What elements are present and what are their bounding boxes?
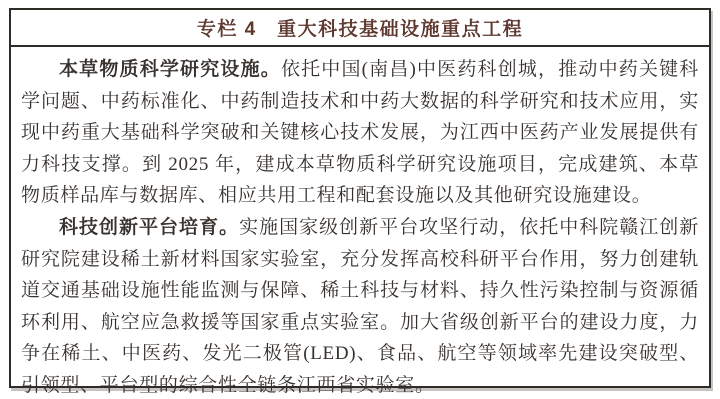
paragraph-lead: 科技创新平台培育。 (59, 217, 239, 238)
column-box: 专栏 4 重大科技基础设施重点工程 本草物质科学研究设施。依托中国(南昌)中医药… (9, 8, 711, 388)
paragraph-lead: 本草物质科学研究设施。 (59, 59, 281, 80)
paragraph-text: 依托中国(南昌)中医药科创城，推动中药关键科学问题、中药标准化、中药制造技术和中… (21, 59, 699, 206)
paragraph-text: 实施国家级创新平台攻坚行动，依托中科院赣江创新研究院建设稀土新材料国家实验室，充… (21, 217, 699, 396)
column-box-body: 本草物质科学研究设施。依托中国(南昌)中医药科创城，推动中药关键科学问题、中药标… (11, 47, 709, 399)
column-box-title: 专栏 4 重大科技基础设施重点工程 (197, 14, 523, 41)
column-box-header: 专栏 4 重大科技基础设施重点工程 (11, 10, 709, 47)
paragraph-herbal-facility: 本草物质科学研究设施。依托中国(南昌)中医药科创城，推动中药关键科学问题、中药标… (21, 54, 699, 212)
paragraph-innovation-platform: 科技创新平台培育。实施国家级创新平台攻坚行动，依托中科院赣江创新研究院建设稀土新… (21, 212, 699, 399)
